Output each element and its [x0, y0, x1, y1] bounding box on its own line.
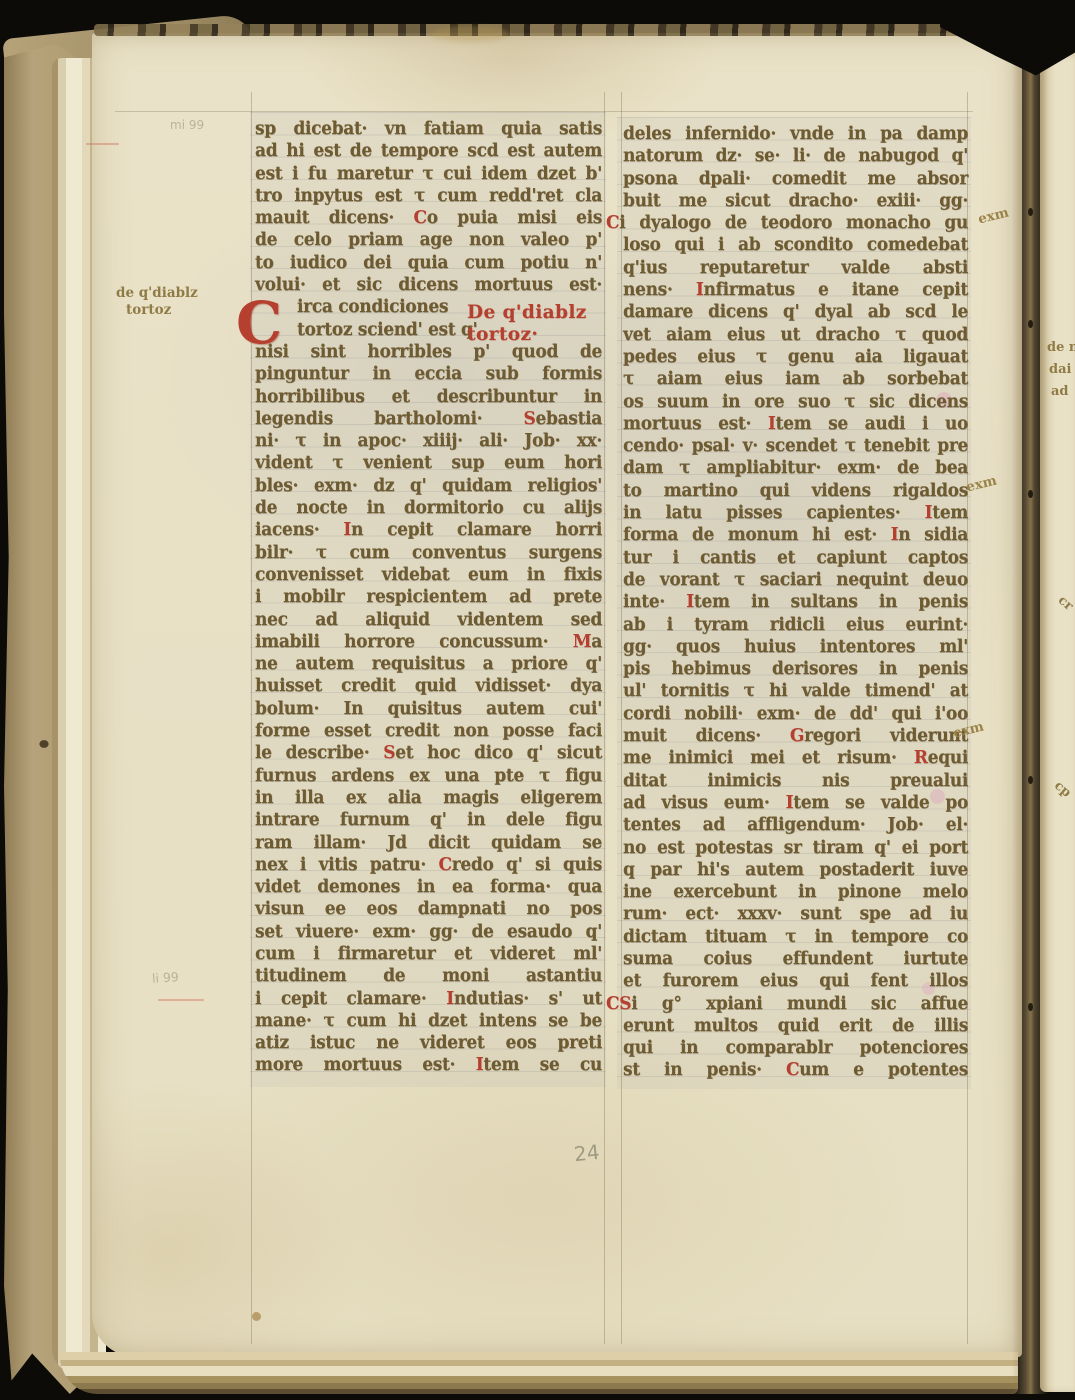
ink-text: equi: [928, 748, 968, 769]
facing-text-fragment: dai: [1049, 362, 1071, 377]
text-line: inte· Item in sultans in penis: [623, 591, 968, 614]
header-rule: [115, 111, 973, 112]
text-line: muit dicens· Gregori viderunt: [623, 725, 968, 748]
ink-text: dam τ ampliabitur· exm· de bea: [623, 458, 968, 479]
ink-text: i cepit clamare·: [255, 988, 446, 1009]
ink-text: in illa ex alia magis eligerem: [255, 788, 602, 809]
rubricated-letter: I: [696, 280, 704, 301]
ink-text: sp dicebat· vn fatiam quia satis: [255, 119, 602, 140]
ink-text: mane· τ cum hi dzet intens se be: [255, 1011, 602, 1032]
ink-text: no est potestas sr tiram q' ei port: [623, 837, 968, 858]
ink-text: cordi nobili· exm· de dd' qui i'oo: [623, 703, 968, 724]
text-line: loso qui i ab scondito comedebat: [623, 234, 968, 257]
ink-text: horribilibus et describuntur in: [255, 386, 602, 407]
ink-text: nens·: [623, 280, 696, 301]
text-line: legendis bartholomi· Sebastia: [255, 408, 602, 431]
text-line: volui· et sic dicens mortuus est·: [255, 274, 602, 297]
text-line: ad visus eum· Item se valde po: [623, 792, 968, 815]
text-line: ditat inimicis nis preualui: [623, 769, 968, 792]
sewing-hole: [1028, 1003, 1033, 1011]
ink-text: qui in comparablr potenciores: [623, 1038, 968, 1059]
text-line: ine exercebunt in pinone melo: [623, 881, 968, 904]
ink-text: volui· et sic dicens mortuus est·: [255, 275, 602, 296]
ink-text: pinguntur in eccia sub formis: [255, 364, 602, 385]
sewing-hole: [1028, 208, 1033, 216]
ink-text: nec ad aliquid videntem sed: [255, 609, 602, 630]
ink-text: ndutias· s' ut: [454, 988, 602, 1009]
ink-text: pedes eius τ genu aia ligauat: [623, 347, 968, 368]
text-line: forme esset credit non posse faci: [255, 720, 602, 743]
left-text-column: C De q'diablz tortoz· sp dicebat· vn fat…: [255, 118, 602, 1077]
ink-text: psona dpali· comedit me absor: [623, 168, 968, 189]
text-line: rum· ect· xxxv· sunt spe ad iu: [623, 903, 968, 926]
ink-text: pis hebimus derisores in penis: [623, 659, 968, 680]
pencil-note-mid: li 99: [152, 969, 180, 986]
ink-text: tem se cu: [483, 1055, 602, 1076]
ink-text: n cepit clamare horri: [351, 520, 602, 541]
rubricated-letter: C: [786, 1060, 799, 1081]
folio-number-pencil: 24: [573, 1140, 601, 1167]
text-line: more mortuus est· Item se cu: [255, 1054, 602, 1077]
text-line: ad hi est de tempore scd est autem: [255, 140, 602, 163]
text-line: in latu pisses capientes· Item: [623, 502, 968, 525]
ink-text: loso qui i ab scondito comedebat: [623, 235, 968, 256]
ink-text: to iudico dei quia cum potiu n': [255, 252, 602, 273]
text-line: mauit dicens· Co puia misi eis: [255, 207, 602, 230]
red-underline: [158, 999, 204, 1001]
rubric-line: tortoz·: [467, 324, 587, 346]
ink-text: ram illam· Jd dicit quidam se: [255, 832, 602, 853]
ink-text: set viuere· exm· gg· de esaudo q': [255, 921, 602, 942]
ink-text: me inimici mei et risum·: [623, 748, 914, 769]
ink-text: ad hi est de tempore scd est autem: [255, 141, 602, 162]
text-line: convenisset videbat eum in fixis: [255, 564, 602, 587]
ink-text: est i fu maretur τ cui idem dzet b': [255, 163, 602, 184]
ink-text: bolum· In quisitus autem cui': [255, 698, 602, 719]
text-line: forma de monum hi est· In sidia: [623, 524, 968, 547]
text-line: ni· τ in apoc· xiiij· ali· Job· xx·: [255, 430, 602, 453]
ink-text: deles infernido· vnde in pa damp: [623, 124, 968, 145]
column-rule: [604, 92, 605, 1344]
text-line: intrare furnum q' in dele figu: [255, 809, 602, 832]
text-line: de celo priam age non valeo p': [255, 229, 602, 252]
ink-text: um e potentes: [799, 1060, 968, 1081]
text-line: to martino qui videns rigaldos: [623, 479, 968, 502]
ink-text: tro inpytus est τ cum redd'ret cla: [255, 186, 602, 207]
ink-text: natorum dz· se· li· de nabugod q': [623, 146, 968, 167]
ink-text: redo q' si quis: [452, 854, 602, 875]
ink-text: titudinem de moni astantiu: [255, 966, 602, 987]
ink-text: de vorant τ saciari nequint deuo: [623, 570, 968, 591]
text-line: tur i cantis et capiunt captos: [623, 546, 968, 569]
text-line: Ci dyalogo de teodoro monacho gu: [623, 212, 968, 235]
ink-text: et hoc dico q' sicut: [395, 743, 602, 764]
text-line: pedes eius τ genu aia ligauat: [623, 346, 968, 369]
text-line: mane· τ cum hi dzet intens se be: [255, 1010, 602, 1033]
ink-text: furnus ardens ex una pte τ figu: [255, 765, 602, 786]
rubricated-letter: M: [573, 632, 592, 653]
red-underline: [86, 143, 119, 145]
ink-text: q'ius reputaretur valde absti: [623, 257, 968, 278]
text-line: deles infernido· vnde in pa damp: [623, 123, 968, 146]
ink-text: ab i tyram ridicli eius eurint·: [623, 614, 968, 635]
text-line: sp dicebat· vn fatiam quia satis: [255, 118, 602, 141]
ink-text: tem: [932, 503, 968, 524]
ink-text: ni· τ in apoc· xiiij· ali· Job· xx·: [255, 431, 602, 452]
text-line: buit me sicut dracho· exiii· gg·: [623, 190, 968, 213]
facing-text-fragment: de n: [1047, 340, 1075, 355]
ink-text: bles· exm· dz q' quidam religios': [255, 475, 602, 496]
ink-text: convenisset videbat eum in fixis: [255, 565, 602, 586]
ink-text: mortuus est·: [623, 414, 768, 435]
rubricated-letter: G: [790, 726, 804, 747]
rubricated-letter: I: [343, 520, 351, 541]
rubricated-letter: I: [446, 988, 454, 1009]
ink-text: ul' tornitis τ hi valde timend' at: [623, 681, 968, 702]
gutter-shadow: [1012, 28, 1048, 1394]
text-line: cordi nobili· exm· de dd' qui i'oo: [623, 702, 968, 725]
ink-text: cum i firmaretur et videret ml': [255, 944, 602, 965]
ink-text: tem se audi i uo: [776, 414, 968, 435]
ink-text: tem in sultans in penis: [694, 592, 968, 613]
chapter-rubric: De q'diablz tortoz·: [467, 302, 587, 347]
text-line: to iudico dei quia cum potiu n': [255, 251, 602, 274]
ink-text: tem se valde po: [793, 793, 968, 814]
text-line: pinguntur in eccia sub formis: [255, 363, 602, 386]
ink-text: to martino qui videns rigaldos: [623, 480, 968, 501]
facing-text-fragment: ad: [1051, 384, 1069, 399]
ink-spot: [252, 1312, 261, 1321]
rubricated-letter: S: [524, 409, 536, 430]
text-line: ul' tornitis τ hi valde timend' at: [623, 680, 968, 703]
text-line: vident τ venient sup eum hori: [255, 452, 602, 475]
ink-text: atiz istuc ne videret eos preti: [255, 1033, 602, 1054]
ink-text: suma coius effundent iurtute: [623, 949, 968, 970]
ink-text: iacens·: [255, 520, 343, 541]
text-line: cum i firmaretur et videret ml': [255, 943, 602, 966]
text-line: de vorant τ saciari nequint deuo: [623, 569, 968, 592]
ink-text: inte·: [623, 592, 686, 613]
ink-text: forme esset credit non posse faci: [255, 721, 602, 742]
text-line: mortuus est· Item se audi i uo: [623, 413, 968, 436]
text-line: cendo· psal· v· scendet τ tenebit pre: [623, 435, 968, 458]
text-line: est i fu maretur τ cui idem dzet b': [255, 162, 602, 185]
ink-text: vident τ venient sup eum hori: [255, 453, 602, 474]
ink-text: de nocte in dormitorio cu alijs: [255, 498, 602, 519]
text-line: de nocte in dormitorio cu alijs: [255, 497, 602, 520]
text-line: erunt multos quid erit de illis: [623, 1015, 968, 1038]
text-line: st in penis· Cum e potentes: [623, 1059, 968, 1082]
manuscript-photo: C De q'diablz tortoz· sp dicebat· vn fat…: [0, 0, 1075, 1400]
sewing-hole: [1028, 320, 1033, 328]
left-margin-gloss: de q'diablz tortoz: [116, 285, 198, 319]
text-line: ab i tyram ridicli eius eurint·: [623, 613, 968, 636]
text-line: nec ad aliquid videntem sed: [255, 608, 602, 631]
sewing-hole: [1028, 776, 1033, 784]
text-line: ram illam· Jd dicit quidam se: [255, 831, 602, 854]
text-line: me inimici mei et risum· Requi: [623, 747, 968, 770]
ink-text: dictam tituam τ in tempore co: [623, 926, 968, 947]
text-line: furnus ardens ex una pte τ figu: [255, 764, 602, 787]
gloss-line: de q'diablz: [116, 285, 198, 302]
ink-text: tur i cantis et capiunt captos: [623, 547, 968, 568]
text-line: qui in comparablr potenciores: [623, 1037, 968, 1060]
ink-text: i mobilr respicientem ad prete: [255, 587, 602, 608]
text-line: atiz istuc ne videret eos preti: [255, 1032, 602, 1055]
ink-text: le describe·: [255, 743, 383, 764]
ink-text: gg· quos huius intentores ml': [623, 637, 968, 658]
rubricated-letter: C: [606, 993, 619, 1014]
sewing-hole: [1028, 490, 1033, 498]
pencil-note-top: mi 99: [170, 118, 204, 132]
ink-text: os suum in ore suo τ sic dicens: [623, 391, 968, 412]
ink-text: muit dicens·: [623, 726, 790, 747]
text-line: dictam tituam τ in tempore co: [623, 925, 968, 948]
ink-text: q par hi's autem postaderit iuve: [623, 859, 968, 880]
ink-text: i dyalogo de teodoro monacho gu: [619, 213, 968, 234]
text-line: no est potestas sr tiram q' ei port: [623, 836, 968, 859]
bottom-page-edges: [60, 1352, 1018, 1394]
text-line: pis hebimus derisores in penis: [623, 658, 968, 681]
text-line: i cepit clamare· Indutias· s' ut: [255, 987, 602, 1010]
text-line: imabili horrore concussum· Ma: [255, 630, 602, 653]
ink-text: τ aiam eius iam ab sorbebat: [623, 369, 968, 390]
ink-text: damare dicens q' dyal ab scd le: [623, 302, 968, 323]
ink-text: imabili horrore concussum·: [255, 632, 573, 653]
text-line: dam τ ampliabitur· exm· de bea: [623, 457, 968, 480]
text-line: horribilibus et describuntur in: [255, 385, 602, 408]
text-line: bilr· τ cum conventus surgens: [255, 541, 602, 564]
rubric-line: De q'diablz: [467, 302, 587, 324]
text-line: in illa ex alia magis eligerem: [255, 787, 602, 810]
text-line: visun ee eos dampnati no pos: [255, 898, 602, 921]
text-line: tro inpytus est τ cum redd'ret cla: [255, 185, 602, 208]
rubricated-letter: S: [383, 743, 395, 764]
text-line: set viuere· exm· gg· de esaudo q': [255, 920, 602, 943]
text-line: vet aiam eius ut dracho τ quod: [623, 323, 968, 346]
ink-text: bilr· τ cum conventus surgens: [255, 542, 602, 563]
ink-text: regori viderunt: [804, 726, 968, 747]
ink-text: nfirmatus e itane cepit: [704, 280, 969, 301]
text-line: bles· exm· dz q' quidam religios': [255, 474, 602, 497]
ink-text: mauit dicens·: [255, 208, 413, 229]
rubricated-letter: C: [413, 208, 426, 229]
text-line: gg· quos huius intentores ml': [623, 635, 968, 658]
text-line: videt demones in ea forma· qua: [255, 876, 602, 899]
ink-text: intrare furnum q' in dele figu: [255, 810, 602, 831]
rubricated-letter: S: [619, 993, 631, 1014]
ink-text: nex i vitis patru·: [255, 854, 438, 875]
text-line: tentes ad affligendum· Job· el·: [623, 814, 968, 837]
ink-text: irca condiciones: [297, 297, 448, 318]
ink-text: o puia misi eis: [427, 208, 602, 229]
text-line: i mobilr respicientem ad prete: [255, 586, 602, 609]
ink-text: legendis bartholomi·: [255, 409, 524, 430]
ink-text: videt demones in ea forma· qua: [255, 877, 602, 898]
ink-text: buit me sicut dracho· exiii· gg·: [623, 191, 968, 212]
tattered-top-edge: [94, 24, 1016, 36]
ink-text: tentes ad affligendum· Job· el·: [623, 815, 968, 836]
drop-cap-initial: C: [236, 294, 282, 352]
text-line: q par hi's autem postaderit iuve: [623, 858, 968, 881]
text-line: CSi g° xpiani mundi sic affue: [623, 992, 968, 1015]
text-line: huisset credit quid vidisset· dya: [255, 675, 602, 698]
ink-text: ditat inimicis nis preualui: [623, 770, 968, 791]
text-line: bolum· In quisitus autem cui': [255, 697, 602, 720]
ink-text: cendo· psal· v· scendet τ tenebit pre: [623, 436, 968, 457]
rubricated-letter: C: [438, 854, 451, 875]
text-line: le describe· Set hoc dico q' sicut: [255, 742, 602, 765]
ink-text: ad visus eum·: [623, 793, 786, 814]
rubricated-letter: I: [768, 414, 776, 435]
text-line: q'ius reputaretur valde absti: [623, 256, 968, 279]
ink-text: in latu pisses capientes·: [623, 503, 925, 524]
stain: [430, 26, 510, 42]
ink-text: n sidia: [898, 525, 968, 546]
ink-text: de celo priam age non valeo p': [255, 230, 602, 251]
ink-text: rum· ect· xxxv· sunt spe ad iu: [623, 904, 968, 925]
ink-text: vet aiam eius ut dracho τ quod: [623, 324, 968, 345]
ink-text: et furorem eius qui fent illos: [623, 971, 968, 992]
column-rule: [621, 92, 622, 1344]
text-line: suma coius effundent iurtute: [623, 948, 968, 971]
ink-text: i g° xpiani mundi sic affue: [631, 993, 968, 1014]
text-line: iacens· In cepit clamare horri: [255, 519, 602, 542]
ink-text: more mortuus est·: [255, 1055, 476, 1076]
text-line: natorum dz· se· li· de nabugod q': [623, 145, 968, 168]
right-text-column: deles infernido· vnde in pa dampnatorum …: [623, 123, 968, 1082]
text-line: nex i vitis patru· Credo q' si quis: [255, 853, 602, 876]
rubricated-letter: C: [606, 213, 619, 234]
text-line: et furorem eius qui fent illos: [623, 970, 968, 993]
column-rule: [251, 92, 252, 1344]
text-line: damare dicens q' dyal ab scd le: [623, 301, 968, 324]
text-line: τ aiam eius iam ab sorbebat: [623, 368, 968, 391]
rubricated-letter: R: [914, 748, 928, 769]
text-line: os suum in ore suo τ sic dicens: [623, 390, 968, 413]
ink-text: visun ee eos dampnati no pos: [255, 899, 602, 920]
ink-text: erunt multos quid erit de illis: [623, 1016, 968, 1037]
ink-text: tortoz sciend' est q': [297, 319, 477, 340]
ink-text: ebastia: [535, 409, 602, 430]
text-line: titudinem de moni astantiu: [255, 965, 602, 988]
text-line: ne autem requisitus a priore q': [255, 653, 602, 676]
text-line: psona dpali· comedit me absor: [623, 167, 968, 190]
ink-text: ine exercebunt in pinone melo: [623, 882, 968, 903]
ink-text: ne autem requisitus a priore q': [255, 654, 602, 675]
ink-text: forma de monum hi est·: [623, 525, 891, 546]
gloss-line: tortoz: [116, 302, 198, 319]
ink-text: st in penis·: [623, 1060, 786, 1081]
text-line: nens· Infirmatus e itane cepit: [623, 279, 968, 302]
ink-text: a: [591, 632, 602, 653]
rubricated-letter: I: [686, 592, 694, 613]
ink-text: huisset credit quid vidisset· dya: [255, 676, 602, 697]
